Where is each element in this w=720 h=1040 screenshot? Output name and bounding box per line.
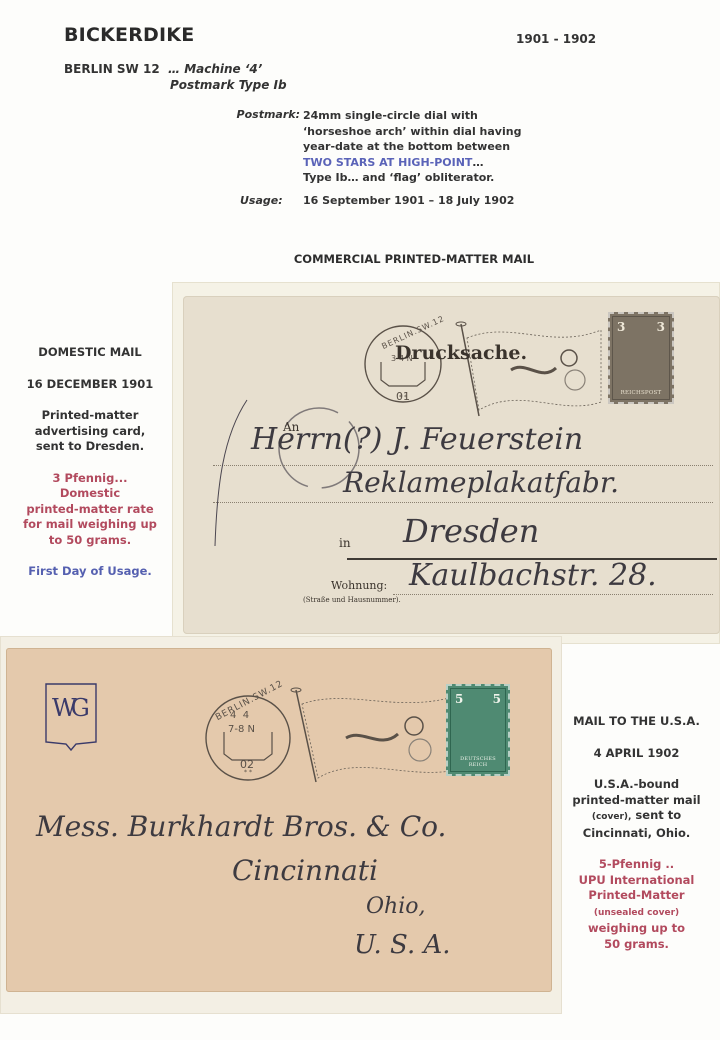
- office-line: BERLIN SW 12 … Machine ‘4’: [64, 62, 262, 76]
- item2-date: 4 APRIL 1902: [553, 746, 720, 762]
- office-name: BERLIN SW 12: [64, 62, 160, 76]
- address-line-1: Herrn(?) J. Feuerstein: [251, 422, 583, 457]
- highlight-text: TWO STARS AT HIGH-POINT: [303, 156, 472, 169]
- postmark-type: Postmark Type Ib: [170, 78, 287, 92]
- street: Kaulbachstr. 28.: [409, 558, 657, 593]
- address-line-4: U. S. A.: [354, 930, 451, 960]
- address-line-3: Ohio,: [366, 894, 425, 919]
- item2-category: MAIL TO THE U.S.A.: [553, 714, 720, 730]
- flag-cancel-icon: [451, 320, 611, 418]
- item2-notes: MAIL TO THE U.S.A. 4 APRIL 1902 U.S.A.-b…: [553, 714, 720, 968]
- flag-cancel-icon: [288, 684, 458, 784]
- postmark-line: year-date at the bottom between: [303, 139, 543, 155]
- usage-label: Usage:: [240, 194, 283, 207]
- usage-value: 16 September 1901 – 18 July 1902: [303, 194, 514, 207]
- item1-category: DOMESTIC MAIL: [0, 345, 180, 361]
- item1-date: 16 DECEMBER 1901: [0, 377, 180, 393]
- postmark-line: 24mm single-circle dial with: [303, 108, 543, 124]
- stamp-label: DEUTSCHES REICH: [451, 756, 505, 768]
- postmark-date: 4 4: [230, 710, 249, 721]
- section-heading: COMMERCIAL PRINTED-MATTER MAIL: [0, 252, 720, 266]
- stamp-value-right: 3: [657, 320, 665, 334]
- postmark-highlight-line: TWO STARS AT HIGH-POINT…: [303, 155, 543, 171]
- address-line-2: Cincinnati: [232, 854, 378, 887]
- postmark-description: 24mm single-circle dial with ‘horseshoe …: [303, 108, 543, 186]
- stamp-value-right: 5: [493, 692, 501, 706]
- postmark-line: Type Ib… and ‘flag’ obliterator.: [303, 170, 543, 186]
- postcard: * * BERLIN.SW.12 3-4 N 01 Drucksache. 3 …: [183, 296, 720, 634]
- stamp-value-left: 3: [617, 320, 625, 334]
- item1-description: Printed-matter advertising card, sent to…: [0, 408, 180, 455]
- item2-description: U.S.A.-bound printed-matter mail (cover)…: [553, 777, 720, 841]
- address-rule: [213, 502, 713, 503]
- city: Dresden: [403, 512, 539, 550]
- address-line-2: Reklameplakatfabr.: [343, 466, 619, 499]
- highlight-suffix: …: [472, 156, 483, 169]
- flourish-icon: [213, 396, 253, 556]
- item1-rate: 3 Pfennig... Domestic printed-matter rat…: [0, 471, 180, 549]
- postmark-year: 02: [240, 758, 254, 771]
- item1-remark: First Day of Usage.: [0, 564, 180, 580]
- postmark-time: 7-8 N: [228, 724, 255, 735]
- postmark-label: Postmark:: [236, 108, 300, 121]
- residence-label: Wohnung:: [331, 579, 387, 592]
- item1-notes: DOMESTIC MAIL 16 DECEMBER 1901 Printed-m…: [0, 345, 180, 596]
- envelope: WG * * BERLIN.SW.12 4 4 7-8 N 02 5 5 DEU…: [6, 648, 552, 992]
- item2-rate: 5-Pfennig .. UPU International Printed-M…: [553, 857, 720, 952]
- residence-hint: (Straße und Hausnummer).: [303, 596, 401, 604]
- postmark-line: ‘horseshoe arch’ within dial having: [303, 124, 543, 140]
- in-label: in: [339, 536, 351, 550]
- address-rule: [393, 594, 713, 595]
- printed-heading: Drucksache.: [395, 342, 527, 364]
- stamp-5pf: 5 5 DEUTSCHES REICH: [446, 684, 510, 776]
- date-range: 1901 - 1902: [516, 32, 596, 46]
- address-line-1: Mess. Burkhardt Bros. & Co.: [36, 810, 446, 843]
- stamp-3pf: 3 3 REICHSPOST: [608, 312, 674, 404]
- machine-label: … Machine ‘4’: [168, 62, 262, 76]
- postmark-year: 01: [396, 390, 410, 403]
- monogram: WG: [52, 694, 84, 722]
- page-title: BICKERDIKE: [64, 24, 194, 46]
- stamp-value-left: 5: [455, 692, 463, 706]
- stamp-label: REICHSPOST: [613, 390, 669, 396]
